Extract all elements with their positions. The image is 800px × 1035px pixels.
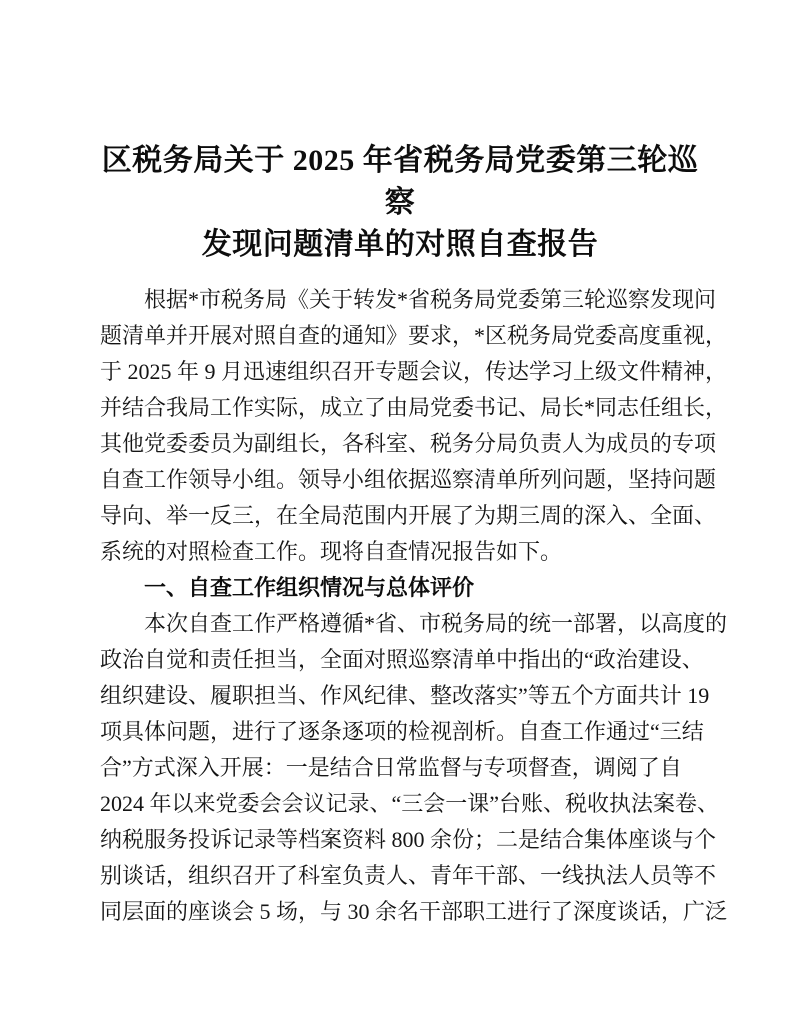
text-line: 于 2025 年 9 月迅速组织召开专题会议，传达学习上级文件精神， [100,354,700,390]
section-heading: 一、自查工作组织情况与总体评价 [100,570,700,606]
text-line: 项具体问题，进行了逐条逐项的检视剖析。自查工作通过“三结 [100,714,700,750]
text-line: 并结合我局工作实际，成立了由局党委书记、局长*同志任组长， [100,390,700,426]
document-title-line-1: 区税务局关于 2025 年省税务局党委第三轮巡察 [100,140,700,224]
text-line: 同层面的座谈会 5 场，与 30 余名干部职工进行了深度谈话，广泛 [100,894,700,930]
document-title-line-2: 发现问题清单的对照自查报告 [100,224,700,266]
text-line: 根据*市税务局《关于转发*省税务局党委第三轮巡察发现问 [100,282,700,318]
text-line: 组织建设、履职担当、作风纪律、整改落实”等五个方面共计 19 [100,678,700,714]
document-page: 区税务局关于 2025 年省税务局党委第三轮巡察 发现问题清单的对照自查报告 根… [0,0,800,1035]
text-line: 政治自觉和责任担当，全面对照巡察清单中指出的“政治建设、 [100,642,700,678]
text-line: 2024 年以来党委会会议记录、“三会一课”台账、税收执法案卷、 [100,786,700,822]
text-line: 导向、举一反三，在全局范围内开展了为期三周的深入、全面、 [100,498,700,534]
text-line: 合”方式深入开展：一是结合日常监督与专项督查，调阅了自 [100,750,700,786]
text-line: 其他党委委员为副组长，各科室、税务分局负责人为成员的专项 [100,426,700,462]
text-line: 自查工作领导小组。领导小组依据巡察清单所列问题，坚持问题 [100,462,700,498]
text-line: 系统的对照检查工作。现将自查情况报告如下。 [100,534,700,570]
text-line: 别谈话，组织召开了科室负责人、青年干部、一线执法人员等不 [100,858,700,894]
text-line: 纳税服务投诉记录等档案资料 800 余份；二是结合集体座谈与个 [100,822,700,858]
document-body: 根据*市税务局《关于转发*省税务局党委第三轮巡察发现问题清单并开展对照自查的通知… [100,282,700,930]
text-line: 题清单并开展对照自查的通知》要求，*区税务局党委高度重视， [100,318,700,354]
document-title: 区税务局关于 2025 年省税务局党委第三轮巡察 发现问题清单的对照自查报告 [100,140,700,266]
text-line: 本次自查工作严格遵循*省、市税务局的统一部署，以高度的 [100,606,700,642]
